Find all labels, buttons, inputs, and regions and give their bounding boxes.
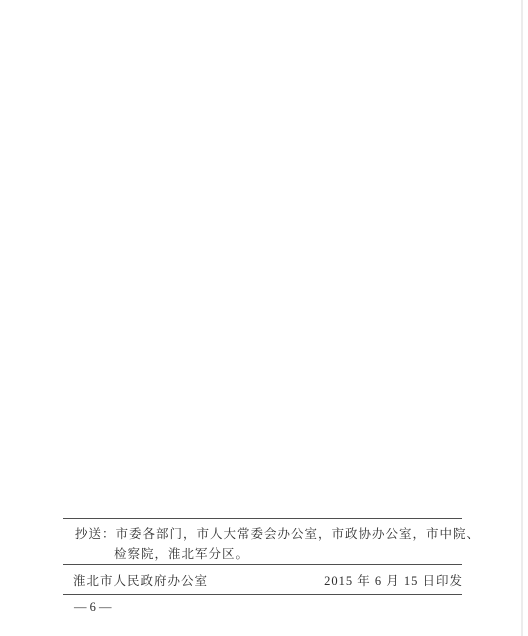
- copy-to-line-2: 检察院，淮北军分区。: [114, 547, 249, 561]
- document-page: 抄送：市委各部门，市人大常委会办公室，市政协办公室，市中院、 检察院，淮北军分区…: [0, 0, 528, 636]
- footer-bottom-rule: [63, 594, 462, 595]
- print-date: 2015 年 6 月 15 日印发: [324, 574, 463, 588]
- copy-to-line-1: 抄送：市委各部门，市人大常委会办公室，市政协办公室，市中院、: [75, 527, 480, 541]
- page-edge-line: [521, 0, 523, 636]
- page-number: — 6 —: [74, 600, 112, 614]
- issuer-row: 淮北市人民政府办公室 2015 年 6 月 15 日印发: [73, 574, 463, 588]
- issuing-office: 淮北市人民政府办公室: [73, 574, 208, 588]
- footer-middle-rule: [63, 564, 462, 565]
- footer-top-rule: [63, 518, 462, 519]
